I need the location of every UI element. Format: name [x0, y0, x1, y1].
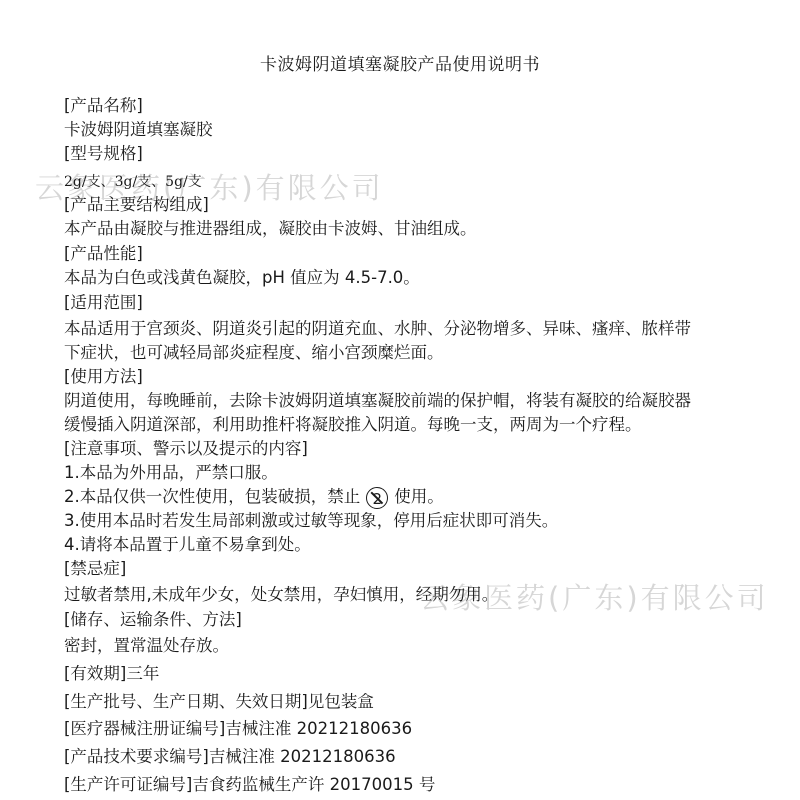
expiry-line: [有效期]三年 [64, 663, 159, 685]
contraindications-value: 过敏者禁用,未成年少女，处女禁用，孕妇慎用，经期勿用。 [64, 584, 498, 606]
usage-text-line2: 缓慢插入阴道深部，利用助推杆将凝胶推入阴道。每晚一支，两周为一个疗程。 [64, 414, 642, 436]
structure-value: 本产品由凝胶与推进器组成，凝胶由卡波姆、甘油组成。 [64, 218, 477, 240]
performance-value: 本品为白色或浅黄色凝胶，pH 值应为 4.5-7.0。 [64, 267, 420, 289]
section-heading-cautions: [注意事项、警示以及提示的内容] [64, 438, 308, 460]
section-heading-product-name: [产品名称] [64, 95, 143, 117]
caution-item-2-text: 2.本品仅供一次性使用，包装破损，禁止 [64, 487, 360, 506]
spec-value: 2g/支、3g/支、5g/支 [64, 171, 202, 193]
section-heading-spec: [型号规格] [64, 143, 143, 165]
product-name-value: 卡波姆阴道填塞凝胶 [64, 119, 213, 141]
section-heading-scope: [适用范围] [64, 292, 143, 314]
section-heading-structure: [产品主要结构组成] [64, 194, 209, 216]
caution-item-2: 2.本品仅供一次性使用，包装破损，禁止2使用。 [64, 486, 444, 509]
section-heading-storage: [储存、运输条件、方法] [64, 609, 242, 631]
scope-text-line1: 本品适用于宫颈炎、阴道炎引起的阴道充血、水肿、分泌物增多、异味、瘙痒、脓样带 [64, 318, 691, 340]
section-heading-performance: [产品性能] [64, 243, 143, 265]
document-title: 卡波姆阴道填塞凝胶产品使用说明书 [0, 50, 800, 75]
caution-item-3: 3.使用本品时若发生局部刺激或过敏等现象，停用后症状即可消失。 [64, 510, 558, 532]
section-heading-usage: [使用方法] [64, 366, 143, 388]
registration-number-line: [医疗器械注册证编号]吉械注准 20212180636 [64, 718, 412, 740]
batch-line: [生产批号、生产日期、失效日期]见包装盒 [64, 691, 374, 713]
scope-text-line2: 下症状，也可减轻局部炎症程度、缩小宫颈糜烂面。 [64, 342, 444, 364]
storage-value: 密封，置常温处存放。 [64, 635, 229, 657]
tech-requirement-number-line: [产品技术要求编号]吉械注准 20212180636 [64, 746, 396, 768]
section-heading-contraindications: [禁忌症] [64, 558, 126, 580]
do-not-reuse-icon: 2 [366, 487, 388, 509]
production-license-line: [生产许可证编号]吉食药监械生产许 20170015 号 [64, 774, 435, 796]
caution-item-1: 1.本品为外用品，严禁口服。 [64, 462, 278, 484]
caution-item-4: 4.请将本品置于儿童不易拿到处。 [64, 534, 311, 556]
caution-item-2-suffix: 使用。 [394, 487, 444, 506]
usage-text-line1: 阴道使用，每晚睡前，去除卡波姆阴道填塞凝胶前端的保护帽，将装有凝胶的给凝胶器 [64, 390, 691, 412]
